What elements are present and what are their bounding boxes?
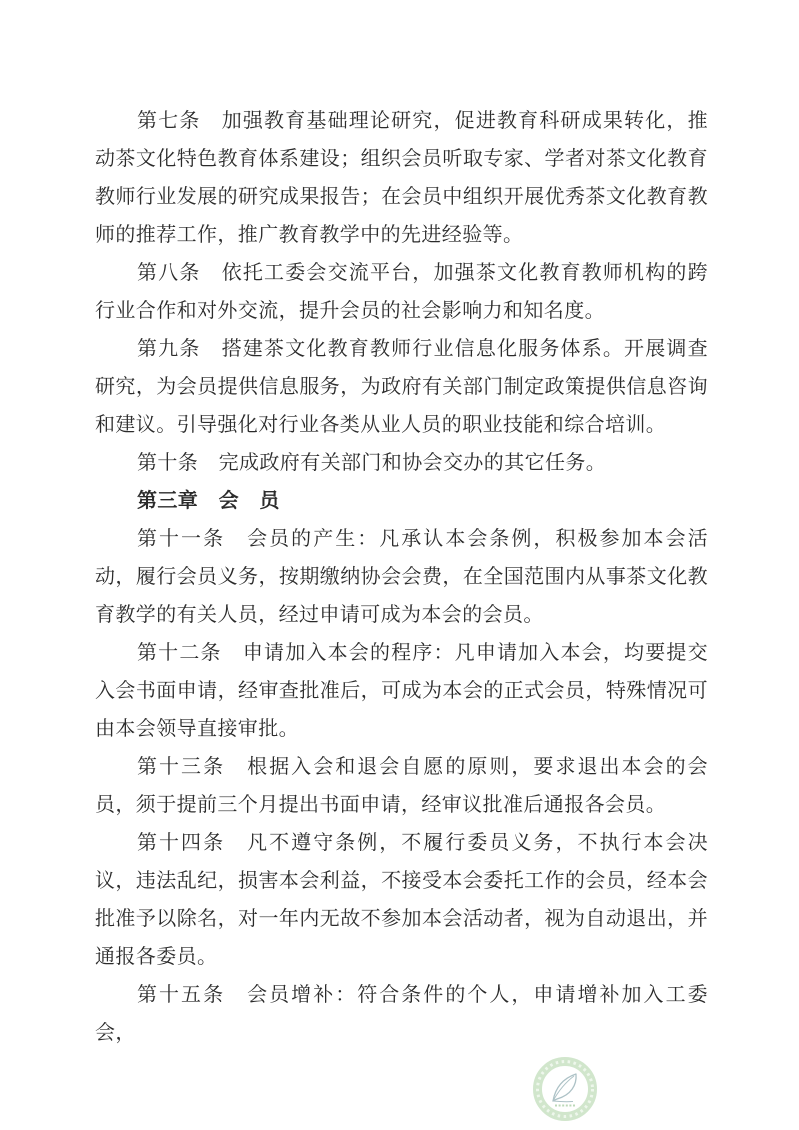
- paragraph-article-13: 第十三条 根据入会和退会自愿的原则，要求退出本会的会员，须于提前三个月提出书面申…: [95, 747, 708, 823]
- document-page: 第七条 加强教育基础理论研究，促进教育科研成果转化，推动茶文化特色教育体系建设；…: [0, 0, 799, 1130]
- leaf-logo-icon: [532, 1056, 598, 1122]
- paragraph-article-12: 第十二条 申请加入本会的程序：凡申请加入本会，均要提交入会书面申请，经审查批准后…: [95, 633, 708, 747]
- paragraph-article-11: 第十一条 会员的产生：凡承认本会条例，积极参加本会活动，履行会员义务，按期缴纳协…: [95, 519, 708, 633]
- leaf-seal-watermark: [532, 1056, 598, 1122]
- chapter-heading: 第三章 会 员: [95, 481, 708, 519]
- paragraph-article-10: 第十条 完成政府有关部门和协会交办的其它任务。: [95, 443, 708, 481]
- paragraph-article-8: 第八条 依托工委会交流平台，加强茶文化教育教师机构的跨行业合作和对外交流，提升会…: [95, 253, 708, 329]
- document-content: 第七条 加强教育基础理论研究，促进教育科研成果转化，推动茶文化特色教育体系建设；…: [95, 101, 708, 1051]
- paragraph-article-14: 第十四条 凡不遵守条例，不履行委员义务，不执行本会决议，违法乱纪，损害本会利益，…: [95, 823, 708, 975]
- paragraph-article-15: 第十五条 会员增补：符合条件的个人，申请增补加入工委会，: [95, 975, 708, 1051]
- paragraph-article-7: 第七条 加强教育基础理论研究，促进教育科研成果转化，推动茶文化特色教育体系建设；…: [95, 101, 708, 253]
- paragraph-article-9: 第九条 搭建茶文化教育教师行业信息化服务体系。开展调查研究，为会员提供信息服务，…: [95, 329, 708, 443]
